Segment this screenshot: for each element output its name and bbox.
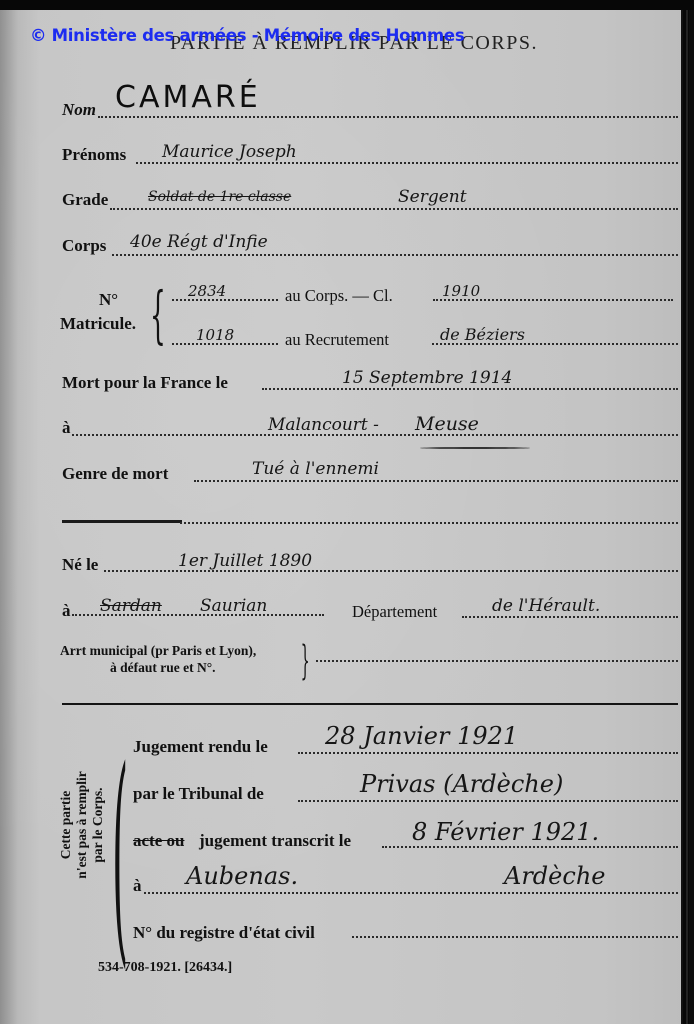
au-corps-label: au Corps. — Cl. xyxy=(285,286,393,306)
meuse-underline xyxy=(420,447,530,449)
prenoms-label: Prénoms xyxy=(62,145,126,165)
card-border xyxy=(681,10,683,1024)
tribunal-label: par le Tribunal de xyxy=(133,784,264,804)
arrondissement-brace: { xyxy=(301,638,310,684)
side-note: Cette partie n'est pas à remplir par le … xyxy=(58,740,106,910)
arrondissement-label-line2: à défaut rue et N°. xyxy=(110,660,216,676)
matricule-brace: { xyxy=(150,278,166,351)
print-reference-code: 534-708-1921. [26434.] xyxy=(98,960,232,976)
separator-dots xyxy=(180,522,678,524)
jugement-rendu-value: 28 Janvier 1921 xyxy=(325,722,518,750)
genre-label: Genre de mort xyxy=(62,464,168,484)
departement-label: Département xyxy=(352,602,437,622)
registre-line xyxy=(352,936,678,938)
recrutement-number-line xyxy=(172,343,278,345)
section-divider xyxy=(62,703,678,705)
mort-label: Mort pour la France le xyxy=(62,373,228,393)
mort-line xyxy=(262,388,678,390)
lieu-naissance-struck: Sardan xyxy=(100,596,162,616)
prenoms-line xyxy=(136,162,678,164)
prenoms-value: Maurice Joseph xyxy=(162,142,297,162)
recrutement-value: de Béziers xyxy=(440,325,525,344)
card-edge xyxy=(689,10,694,1024)
lieu-deces-label: à xyxy=(62,418,71,438)
grade-line xyxy=(110,208,678,210)
jugement-brace: ( xyxy=(112,722,128,989)
classe-value: 1910 xyxy=(442,282,480,300)
naissance-line xyxy=(104,570,678,572)
side-note-line2: n'est pas à remplir xyxy=(74,740,90,910)
naissance-label: Né le xyxy=(62,555,98,575)
corps-number-value: 2834 xyxy=(188,282,226,300)
tribunal-line xyxy=(298,800,678,802)
genre-value: Tué à l'ennemi xyxy=(252,459,379,479)
lieu-naissance-line xyxy=(72,614,324,616)
lieu-deces-departement: Meuse xyxy=(415,413,479,435)
lieu-naissance-value: Saurian xyxy=(200,596,267,616)
side-note-line1: Cette partie xyxy=(58,740,74,910)
lieu-deces-value: Malancourt - xyxy=(268,415,379,435)
genre-line xyxy=(194,480,678,482)
card-border xyxy=(686,10,688,1024)
corps-label: Corps xyxy=(62,236,106,256)
classe-line xyxy=(433,299,673,301)
departement-line xyxy=(462,616,678,618)
matricule-label-no: N° xyxy=(99,290,118,310)
transcrit-lieu-departement: Ardèche xyxy=(504,862,605,890)
transcrit-lieu-value: Aubenas. xyxy=(186,862,298,890)
transcrit-line xyxy=(382,846,678,848)
departement-value: de l'Hérault. xyxy=(492,596,600,616)
corps-value: 40e Régt d'Infie xyxy=(130,232,268,252)
matricule-label: Matricule. xyxy=(60,314,136,334)
nom-line xyxy=(98,116,678,118)
lieu-naissance-label: à xyxy=(62,601,71,621)
nom-value: CAMARÉ xyxy=(115,80,261,115)
mort-value: 15 Septembre 1914 xyxy=(342,368,512,388)
transcrit-label: jugement transcrit le xyxy=(199,831,351,851)
recrutement-line xyxy=(432,343,678,345)
tribunal-value: Privas (Ardèche) xyxy=(360,770,563,798)
separator-rule xyxy=(62,520,182,523)
naissance-value: 1er Juillet 1890 xyxy=(178,551,312,571)
transcrit-lieu-line xyxy=(144,892,678,894)
jugement-rendu-label: Jugement rendu le xyxy=(133,737,268,757)
transcrit-lieu-label: à xyxy=(133,876,142,896)
transcrit-value: 8 Février 1921. xyxy=(412,818,599,846)
registre-label: N° du registre d'état civil xyxy=(133,923,315,943)
copyright-watermark: © Ministère des armées - Mémoire des Hom… xyxy=(30,26,464,45)
recrutement-number-value: 1018 xyxy=(196,326,234,344)
side-note-line3: par le Corps. xyxy=(90,740,106,910)
grade-value: Sergent xyxy=(398,187,467,207)
grade-label: Grade xyxy=(62,190,108,210)
lieu-deces-line xyxy=(72,434,678,436)
au-recrutement-label: au Recrutement xyxy=(285,330,389,350)
arrondissement-line xyxy=(316,660,678,662)
corps-line xyxy=(112,254,678,256)
corps-number-line xyxy=(172,299,278,301)
jugement-rendu-line xyxy=(298,752,678,754)
acte-ou-struck: acte ou xyxy=(133,831,184,851)
grade-struck-value: Soldat de 1re classe xyxy=(148,189,291,205)
arrondissement-label: Arrt municipal (pr Paris et Lyon), xyxy=(60,643,256,659)
nom-label: Nom xyxy=(62,100,96,120)
